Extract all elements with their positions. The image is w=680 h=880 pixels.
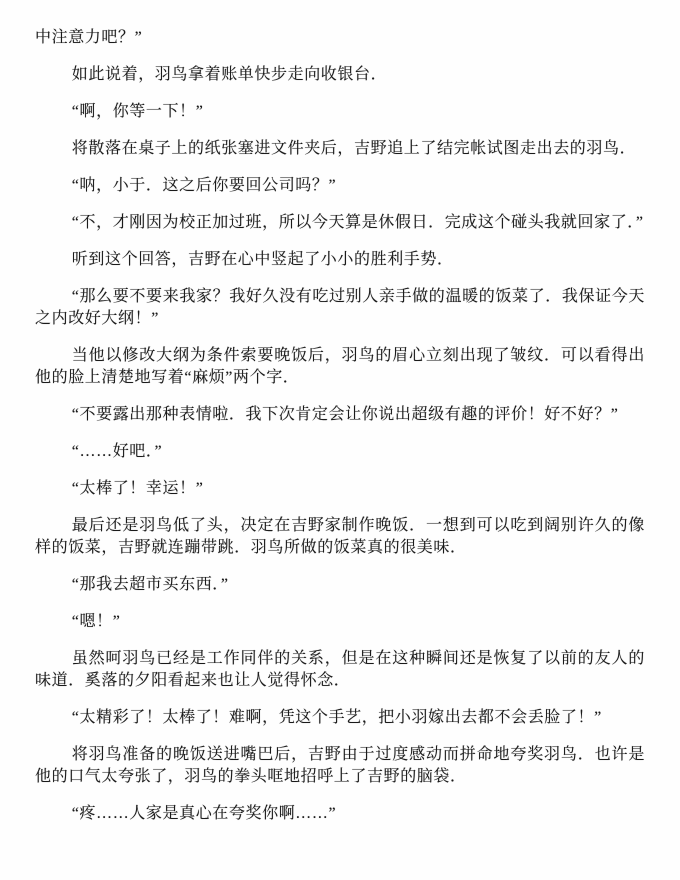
paragraph: “太精彩了！太棒了！难啊，凭这个手艺，把小羽嫁出去都不会丢脸了！” — [35, 707, 645, 729]
paragraph: “太棒了！幸运！” — [35, 478, 645, 500]
novel-text: 中注意力吧？”如此说着，羽鸟拿着账单快步走向收银台．“啊，你等一下！”将散落在桌… — [35, 27, 645, 825]
paragraph: “那我去超市买东西．” — [35, 574, 645, 596]
paragraph: 当他以修改大纲为条件索要晚饭后，羽鸟的眉心立刻出现了皱纹．可以看得出他的脸上清楚… — [35, 345, 645, 389]
paragraph: “不，才刚因为校正加过班，所以今天算是休假日．完成这个碰头我就回家了．” — [35, 212, 645, 234]
document-page: 中注意力吧？”如此说着，羽鸟拿着账单快步走向收银台．“啊，你等一下！”将散落在桌… — [0, 0, 680, 880]
paragraph: 虽然呵羽鸟已经是工作同伴的关系，但是在这种瞬间还是恢复了以前的友人的味道．奚落的… — [35, 648, 645, 692]
paragraph: 将羽鸟准备的晚饭送进嘴巴后，吉野由于过度感动而拼命地夸奖羽鸟．也许是他的口气太夸… — [35, 744, 645, 788]
paragraph: “嗯！” — [35, 611, 645, 633]
paragraph: “那么要不要来我家？我好久没有吃过别人亲手做的温暖的饭菜了．我保证今天之内改好大… — [35, 286, 645, 330]
paragraph: 将散落在桌子上的纸张塞进文件夹后，吉野追上了结完帐试图走出去的羽鸟． — [35, 138, 645, 160]
paragraph: “疼……人家是真心在夸奖你啊……” — [35, 803, 645, 825]
paragraph: “……好吧．” — [35, 441, 645, 463]
paragraph: 中注意力吧？” — [35, 27, 645, 49]
paragraph: 听到这个回答，吉野在心中竖起了小小的胜利手势． — [35, 249, 645, 271]
paragraph: “呐，小于．这之后你要回公司吗？” — [35, 175, 645, 197]
paragraph: “不要露出那种表情啦．我下次肯定会让你说出超级有趣的评价！好不好？” — [35, 404, 645, 426]
paragraph: “啊，你等一下！” — [35, 101, 645, 123]
paragraph: 如此说着，羽鸟拿着账单快步走向收银台． — [35, 64, 645, 86]
paragraph: 最后还是羽鸟低了头，决定在吉野家制作晚饭．一想到可以吃到阔别许久的像样的饭菜，吉… — [35, 515, 645, 559]
